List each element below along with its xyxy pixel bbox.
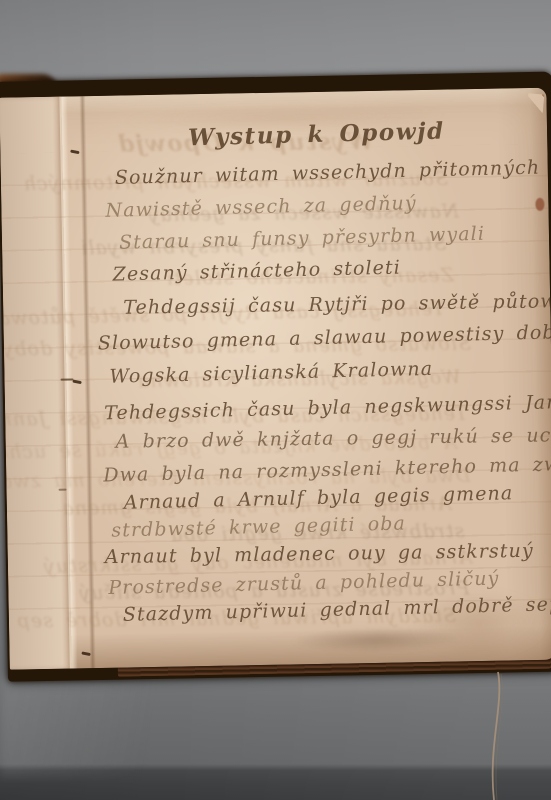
handwritten-line: Tehdegssich času byla negskwungssi Janna (104, 391, 551, 425)
margin-dash (59, 489, 67, 491)
dog-ear-corner (527, 93, 544, 112)
handwritten-line: Starau snu funsy přesyrbn wyali (119, 223, 485, 254)
handwritten-line: Zesaný střinácteho stoleti (112, 257, 401, 286)
handwritten-line: Nawisstě wssech za gedňuý (105, 192, 417, 222)
binding-thread (478, 666, 522, 800)
margin-dash (61, 378, 74, 380)
handwritten-line: Dwa byla na rozmyssleni ktereho ma zwoli… (103, 452, 551, 486)
scanner-background: Wystup k Opowjd Soužnur witam wssechydn … (0, 0, 551, 800)
handwritten-line: Tehdegssij času Rytjři po swětě půtowali (123, 290, 551, 319)
manuscript-page: Wystup k Opowjd Soužnur witam wssechydn … (0, 88, 551, 670)
handwritten-line: Slowutso gmena a slawau powestisy dobywa… (98, 320, 551, 354)
handwriting-layer: Wystup k Opowjd Soužnur witam wssechydn … (0, 88, 551, 670)
handwritten-line: Arnaud a Arnulf byla gegis gmena (124, 482, 514, 514)
handwritten-line: A brzo dwě knjžata o gegj rukú se ucháze… (116, 423, 551, 452)
scanner-light-wedge (0, 676, 230, 776)
handwritten-line: strdbwsté krwe gegiti oba (111, 512, 406, 541)
handwritten-line: Arnaut byl mladenec ouy ga sstkrstuý (105, 540, 534, 568)
rust-spot (535, 198, 544, 211)
handwritten-line: Soužnur witam wssechydn přitomných (115, 157, 541, 189)
handwritten-line: Wogska sicylianská Kralowna (109, 358, 433, 388)
book: Wystup k Opowjd Soužnur witam wssechydn … (0, 72, 551, 682)
